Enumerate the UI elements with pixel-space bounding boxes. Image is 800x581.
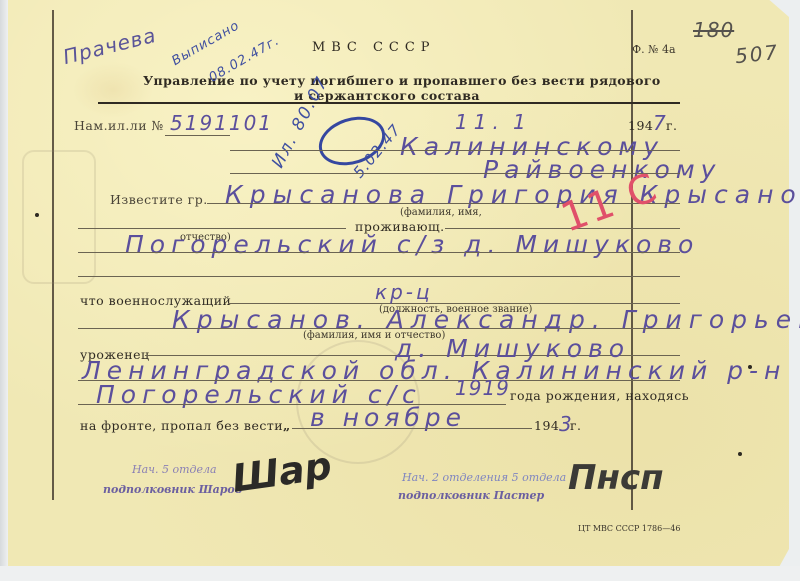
reference-number-rule xyxy=(165,135,230,136)
serviceman-full-name: Крысанов. Александр. Григорьевич xyxy=(172,305,800,334)
scan-border-bottom xyxy=(0,566,800,581)
right-signature: Пнсп xyxy=(568,458,664,498)
reference-month: 1 xyxy=(513,110,532,134)
address-rule-2 xyxy=(78,276,680,277)
reference-year-prefix: 194 xyxy=(628,118,653,133)
missing-year-unit: г. xyxy=(570,418,582,433)
ministry-title: МВС СССР xyxy=(312,40,436,55)
missing-quote: „ xyxy=(283,418,291,433)
archive-number: 507 xyxy=(734,40,780,68)
punch-dot xyxy=(35,213,39,217)
left-signer-title: Нач. 5 отдела xyxy=(132,463,217,476)
notify-person-name: Крысанова Григория Крысановича xyxy=(225,180,800,209)
residing-rule xyxy=(445,228,680,229)
addressee-rule-1 xyxy=(230,150,680,151)
left-signer-rank-name: подполковник Шаров xyxy=(103,483,242,496)
faint-stamp-left xyxy=(22,150,96,284)
reference-day: 11. xyxy=(455,110,505,134)
residing-address: Погорельский с/з д. Мишуково xyxy=(125,230,699,259)
right-signer-rank-name: подполковник Пастер xyxy=(398,489,544,502)
missing-label: на фронте, пропал без вести xyxy=(80,418,283,433)
right-signer-title: Нач. 2 отделения 5 отдела xyxy=(402,471,566,484)
birth-text: года рождения, находясь xyxy=(510,388,689,403)
patronymic-rule xyxy=(78,228,346,229)
archive-number-crossed: 180 xyxy=(693,18,734,42)
form-number: Ф. № 4а xyxy=(632,43,676,56)
notify-caption-name: (фамилия, имя, xyxy=(400,207,482,218)
punch-dot xyxy=(738,452,742,456)
missing-year-prefix: 194 xyxy=(534,418,559,433)
serviceman-rank: кр-ц xyxy=(375,280,433,304)
scan-border-left xyxy=(0,0,8,581)
header-rule xyxy=(98,102,680,104)
serviceman-name-rule xyxy=(78,328,680,329)
reference-label: Нам.ил.ли № xyxy=(74,118,164,133)
notify-label: Известите гр. xyxy=(110,192,208,207)
missing-rule xyxy=(292,428,532,429)
birth-year: 1919 xyxy=(455,376,510,400)
addressee-rule-2 xyxy=(230,173,680,174)
printer-imprint: ЦТ МВС СССР 1786—46 xyxy=(578,524,680,533)
reference-number: 5191101 xyxy=(170,111,273,135)
address-rule-1 xyxy=(78,252,680,253)
reference-year-unit: г. xyxy=(666,118,678,133)
